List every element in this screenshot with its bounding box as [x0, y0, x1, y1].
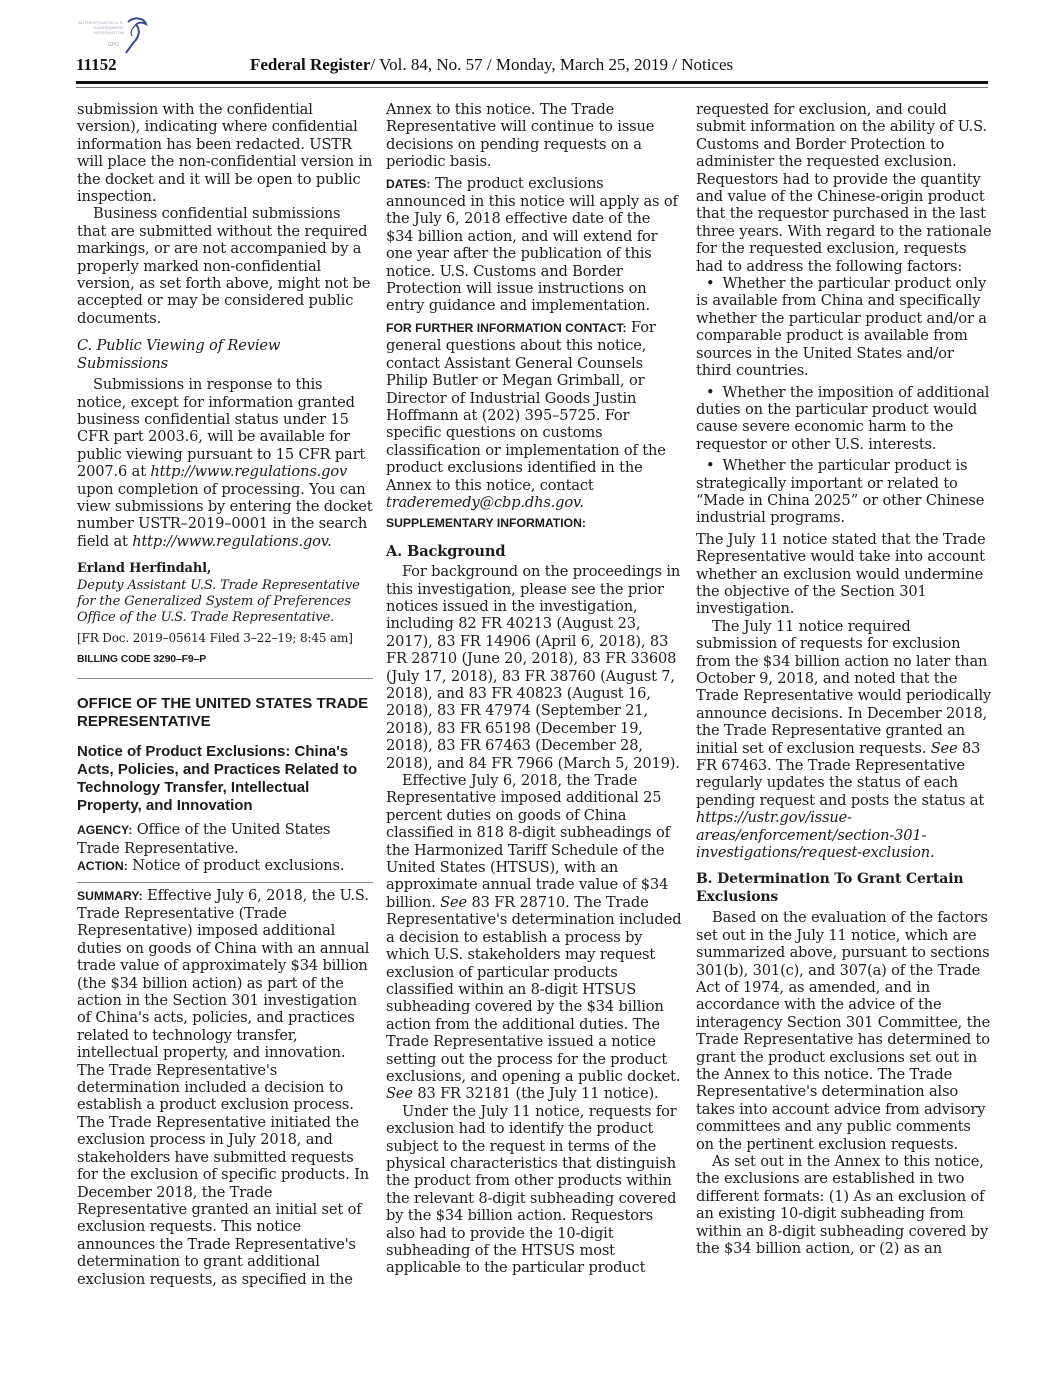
billing-code: BILLING CODE 3290–F9–P: [77, 651, 373, 668]
bullet-item: Whether the particular product only is a…: [696, 275, 992, 379]
agency-label: AGENCY:: [77, 823, 132, 837]
contact-paragraph: FOR FURTHER INFORMATION CONTACT: For gen…: [386, 319, 682, 511]
logo-gpo-mark: GPO: [108, 42, 119, 48]
header-rule-thin: [76, 87, 988, 88]
paragraph: Under the July 11 notice, requests for e…: [386, 1103, 682, 1277]
dates-label: DATES:: [386, 177, 430, 191]
summary-label: SUMMARY:: [77, 889, 143, 903]
section-b-heading: B. Determination To Grant Certain Exclus…: [696, 871, 992, 906]
signer-name: Erland Herfindahl,: [77, 560, 373, 577]
paragraph: submission with the confidential version…: [77, 101, 373, 205]
contact-label: FOR FURTHER INFORMATION CONTACT:: [386, 321, 627, 335]
supplementary-label: SUPPLEMENTARY INFORMATION:: [386, 515, 682, 532]
bullet-item: Whether the particular product is strate…: [696, 457, 992, 527]
agency-heading: OFFICE OF THE UNITED STATES TRADE REPRES…: [77, 695, 373, 731]
section-divider: [77, 678, 373, 679]
column-1: submission with the confidential version…: [77, 101, 373, 1288]
paragraph: Business confidential submissions that a…: [77, 205, 373, 327]
regulations-link[interactable]: http://www.regulations.gov.: [132, 533, 331, 550]
paragraph: requested for exclusion, and could submi…: [696, 101, 992, 275]
page-number: 11152: [76, 55, 117, 75]
paragraph: Submissions in response to this notice, …: [77, 376, 373, 550]
logo-text: AUTHENTICATED U.S. GOVERNMENT INFORMATIO…: [70, 20, 124, 35]
eagle-icon: [122, 16, 148, 54]
publication-name: Federal Register: [250, 55, 370, 74]
email-link[interactable]: traderemedy@cbp.dhs.gov.: [386, 494, 584, 511]
section-c-heading: C. Public Viewing of Review Submissions: [77, 337, 373, 372]
dates-paragraph: DATES: The product exclusions announced …: [386, 175, 682, 315]
issue-info: / Vol. 84, No. 57 / Monday, March 25, 20…: [370, 55, 733, 74]
section-a-heading: A. Background: [386, 543, 682, 560]
column-3: requested for exclusion, and could submi…: [696, 101, 992, 1257]
paragraph: The July 11 notice required submission o…: [696, 618, 992, 862]
fr-doc-line: [FR Doc. 2019–05614 Filed 3–22–19; 8:45 …: [77, 630, 373, 647]
header-rule-thick: [76, 81, 988, 84]
paragraph: Annex to this notice. The Trade Represen…: [386, 101, 682, 171]
paragraph: Based on the evaluation of the factors s…: [696, 909, 992, 1153]
paragraph: Effective July 6, 2018, the Trade Repres…: [386, 772, 682, 1103]
agency-line: AGENCY: Office of the United States Trad…: [77, 821, 373, 857]
column-2: Annex to this notice. The Trade Represen…: [386, 101, 682, 1277]
action-line: ACTION: Notice of product exclusions.: [77, 857, 373, 875]
bullet-item: Whether the imposition of additional dut…: [696, 384, 992, 454]
action-label: ACTION:: [77, 859, 128, 873]
paragraph: For background on the proceedings in thi…: [386, 563, 682, 772]
gpo-authentication-logo: AUTHENTICATED U.S. GOVERNMENT INFORMATIO…: [70, 16, 150, 54]
regulations-link[interactable]: http://www.regulations.gov: [150, 463, 347, 480]
document-title: Notice of Product Exclusions: China's Ac…: [77, 743, 373, 815]
ustr-link[interactable]: https://ustr.gov/issue-areas/enforcement…: [696, 809, 935, 861]
signer-title: Deputy Assistant U.S. Trade Representati…: [77, 578, 373, 626]
paragraph: The July 11 notice stated that the Trade…: [696, 531, 992, 618]
summary-paragraph: SUMMARY: Effective July 6, 2018, the U.S…: [77, 887, 373, 1288]
summary-divider: [77, 882, 373, 883]
paragraph: As set out in the Annex to this notice, …: [696, 1153, 992, 1257]
running-head: Federal Register/ Vol. 84, No. 57 / Mond…: [250, 55, 733, 75]
